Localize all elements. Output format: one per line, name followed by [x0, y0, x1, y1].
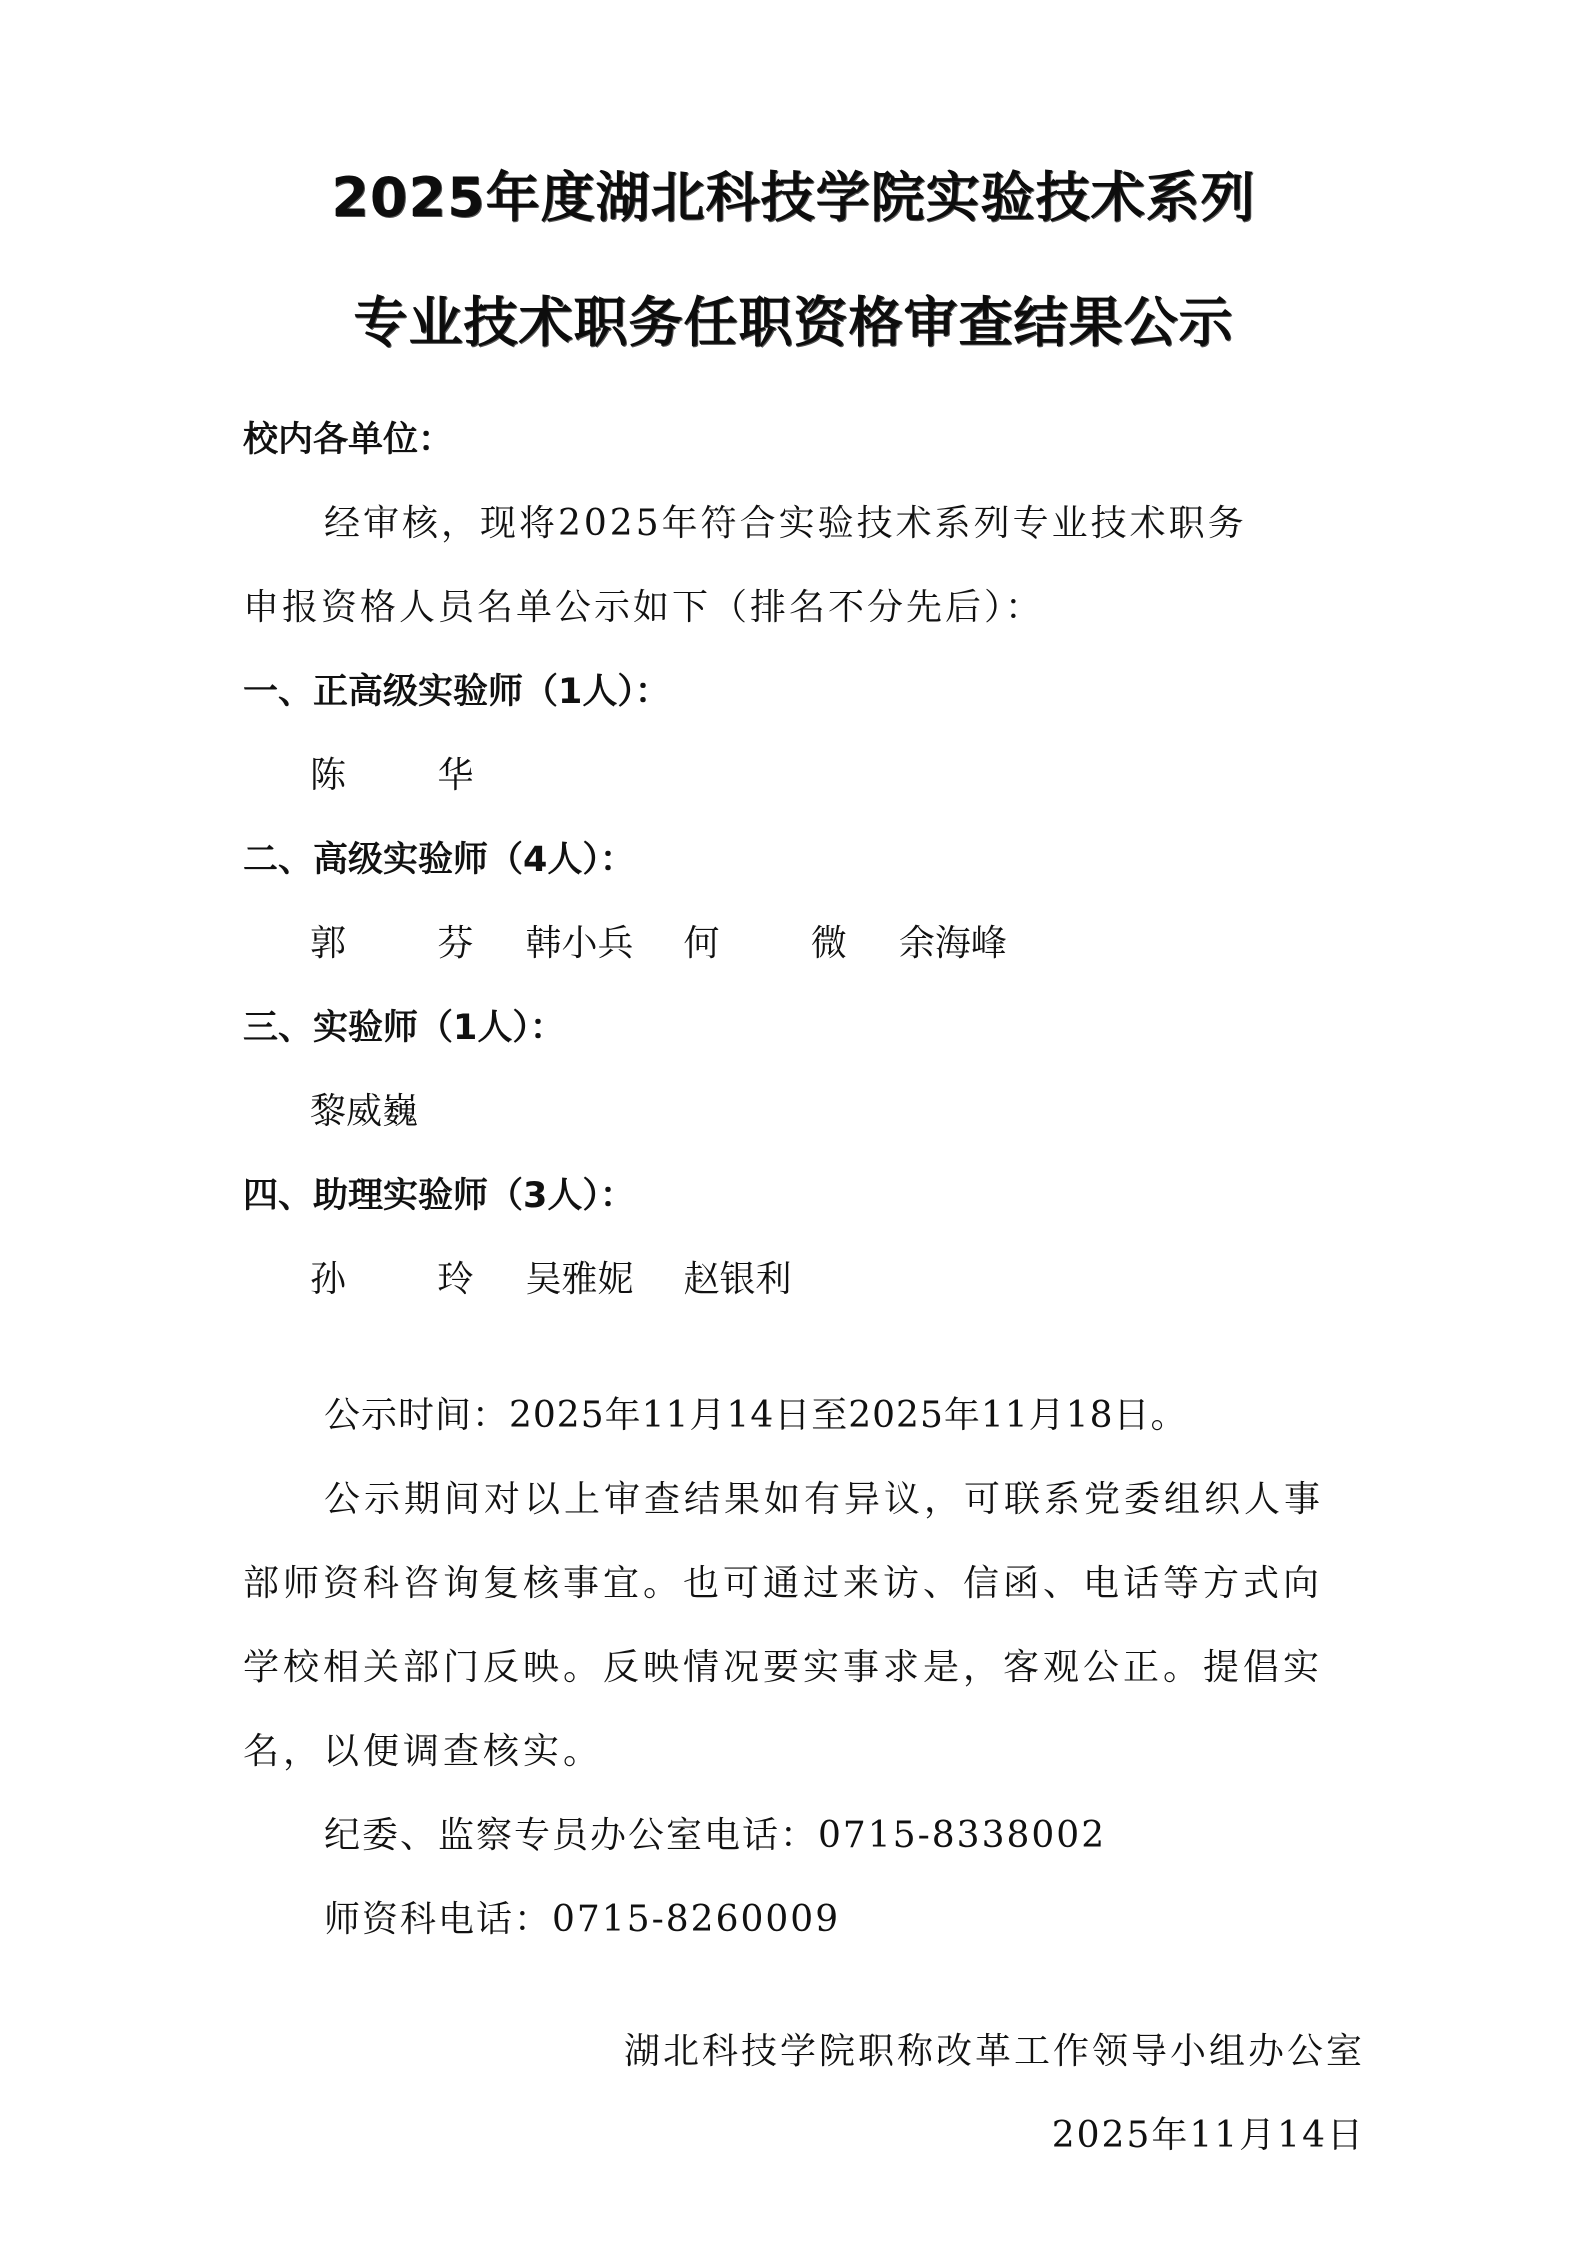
- candidate-name: 吴雅妮: [525, 1258, 633, 1302]
- name-list: 黎威巍: [310, 1090, 468, 1134]
- name-list: 陈 华: [310, 754, 525, 798]
- objection-paragraph-line-2: 部师资科咨询复核事宜。也可通过来访、信函、电话等方式向: [243, 1562, 1323, 1606]
- objection-paragraph-line-4: 名，以便调查核实。: [243, 1730, 603, 1774]
- objection-paragraph-line-1: 公示期间对以上审查结果如有异议，可联系党委组织人事: [324, 1478, 1324, 1522]
- candidate-name: 黎威巍: [310, 1090, 418, 1134]
- category-heading-senior-professor-level: 一、正高级实验师（1人）：: [243, 670, 670, 714]
- candidate-name: 赵银利: [683, 1258, 791, 1302]
- salutation: 校内各单位：: [243, 418, 453, 462]
- candidate-name: 韩小兵: [525, 922, 633, 966]
- signature-organization: 湖北科技学院职称改革工作领导小组办公室: [624, 2030, 1365, 2074]
- candidate-name: 孙 玲: [310, 1258, 513, 1302]
- category-heading-intermediate: 三、实验师（1人）：: [243, 1006, 565, 1050]
- name-list: 郭 芬 韩小兵 何 微 余海峰: [310, 922, 1057, 966]
- publicity-period: 公示时间：2025年11月14日至2025年11月18日。: [324, 1394, 1187, 1438]
- document-title-line-1: 2025年度湖北科技学院实验技术系列: [0, 155, 1587, 232]
- category-heading-assistant: 四、助理实验师（3人）：: [243, 1174, 635, 1218]
- faculty-section-phone: 师资科电话：0715-8260009: [324, 1898, 840, 1942]
- discipline-office-phone: 纪委、监察专员办公室电话：0715-8338002: [324, 1814, 1106, 1858]
- objection-paragraph-line-3: 学校相关部门反映。反映情况要实事求是，客观公正。提倡实: [243, 1646, 1323, 1690]
- document-page: 2025年度湖北科技学院实验技术系列 专业技术职务任职资格审查结果公示 校内各单…: [0, 0, 1587, 2250]
- intro-paragraph-line-2: 申报资格人员名单公示如下（排名不分先后）：: [243, 586, 1044, 630]
- name-list: 孙 玲 吴雅妮 赵银利: [310, 1258, 841, 1302]
- category-heading-senior: 二、高级实验师（4人）：: [243, 838, 635, 882]
- document-title-line-2: 专业技术职务任职资格审查结果公示: [0, 280, 1587, 357]
- signature-date: 2025年11月14日: [1052, 2114, 1365, 2158]
- candidate-name: 郭 芬: [310, 922, 513, 966]
- candidate-name: 何 微: [683, 922, 886, 966]
- candidate-name: 陈 华: [310, 754, 513, 798]
- intro-paragraph-line-1: 经审核，现将2025年符合实验技术系列专业技术职务: [324, 502, 1247, 546]
- candidate-name: 余海峰: [899, 922, 1007, 966]
